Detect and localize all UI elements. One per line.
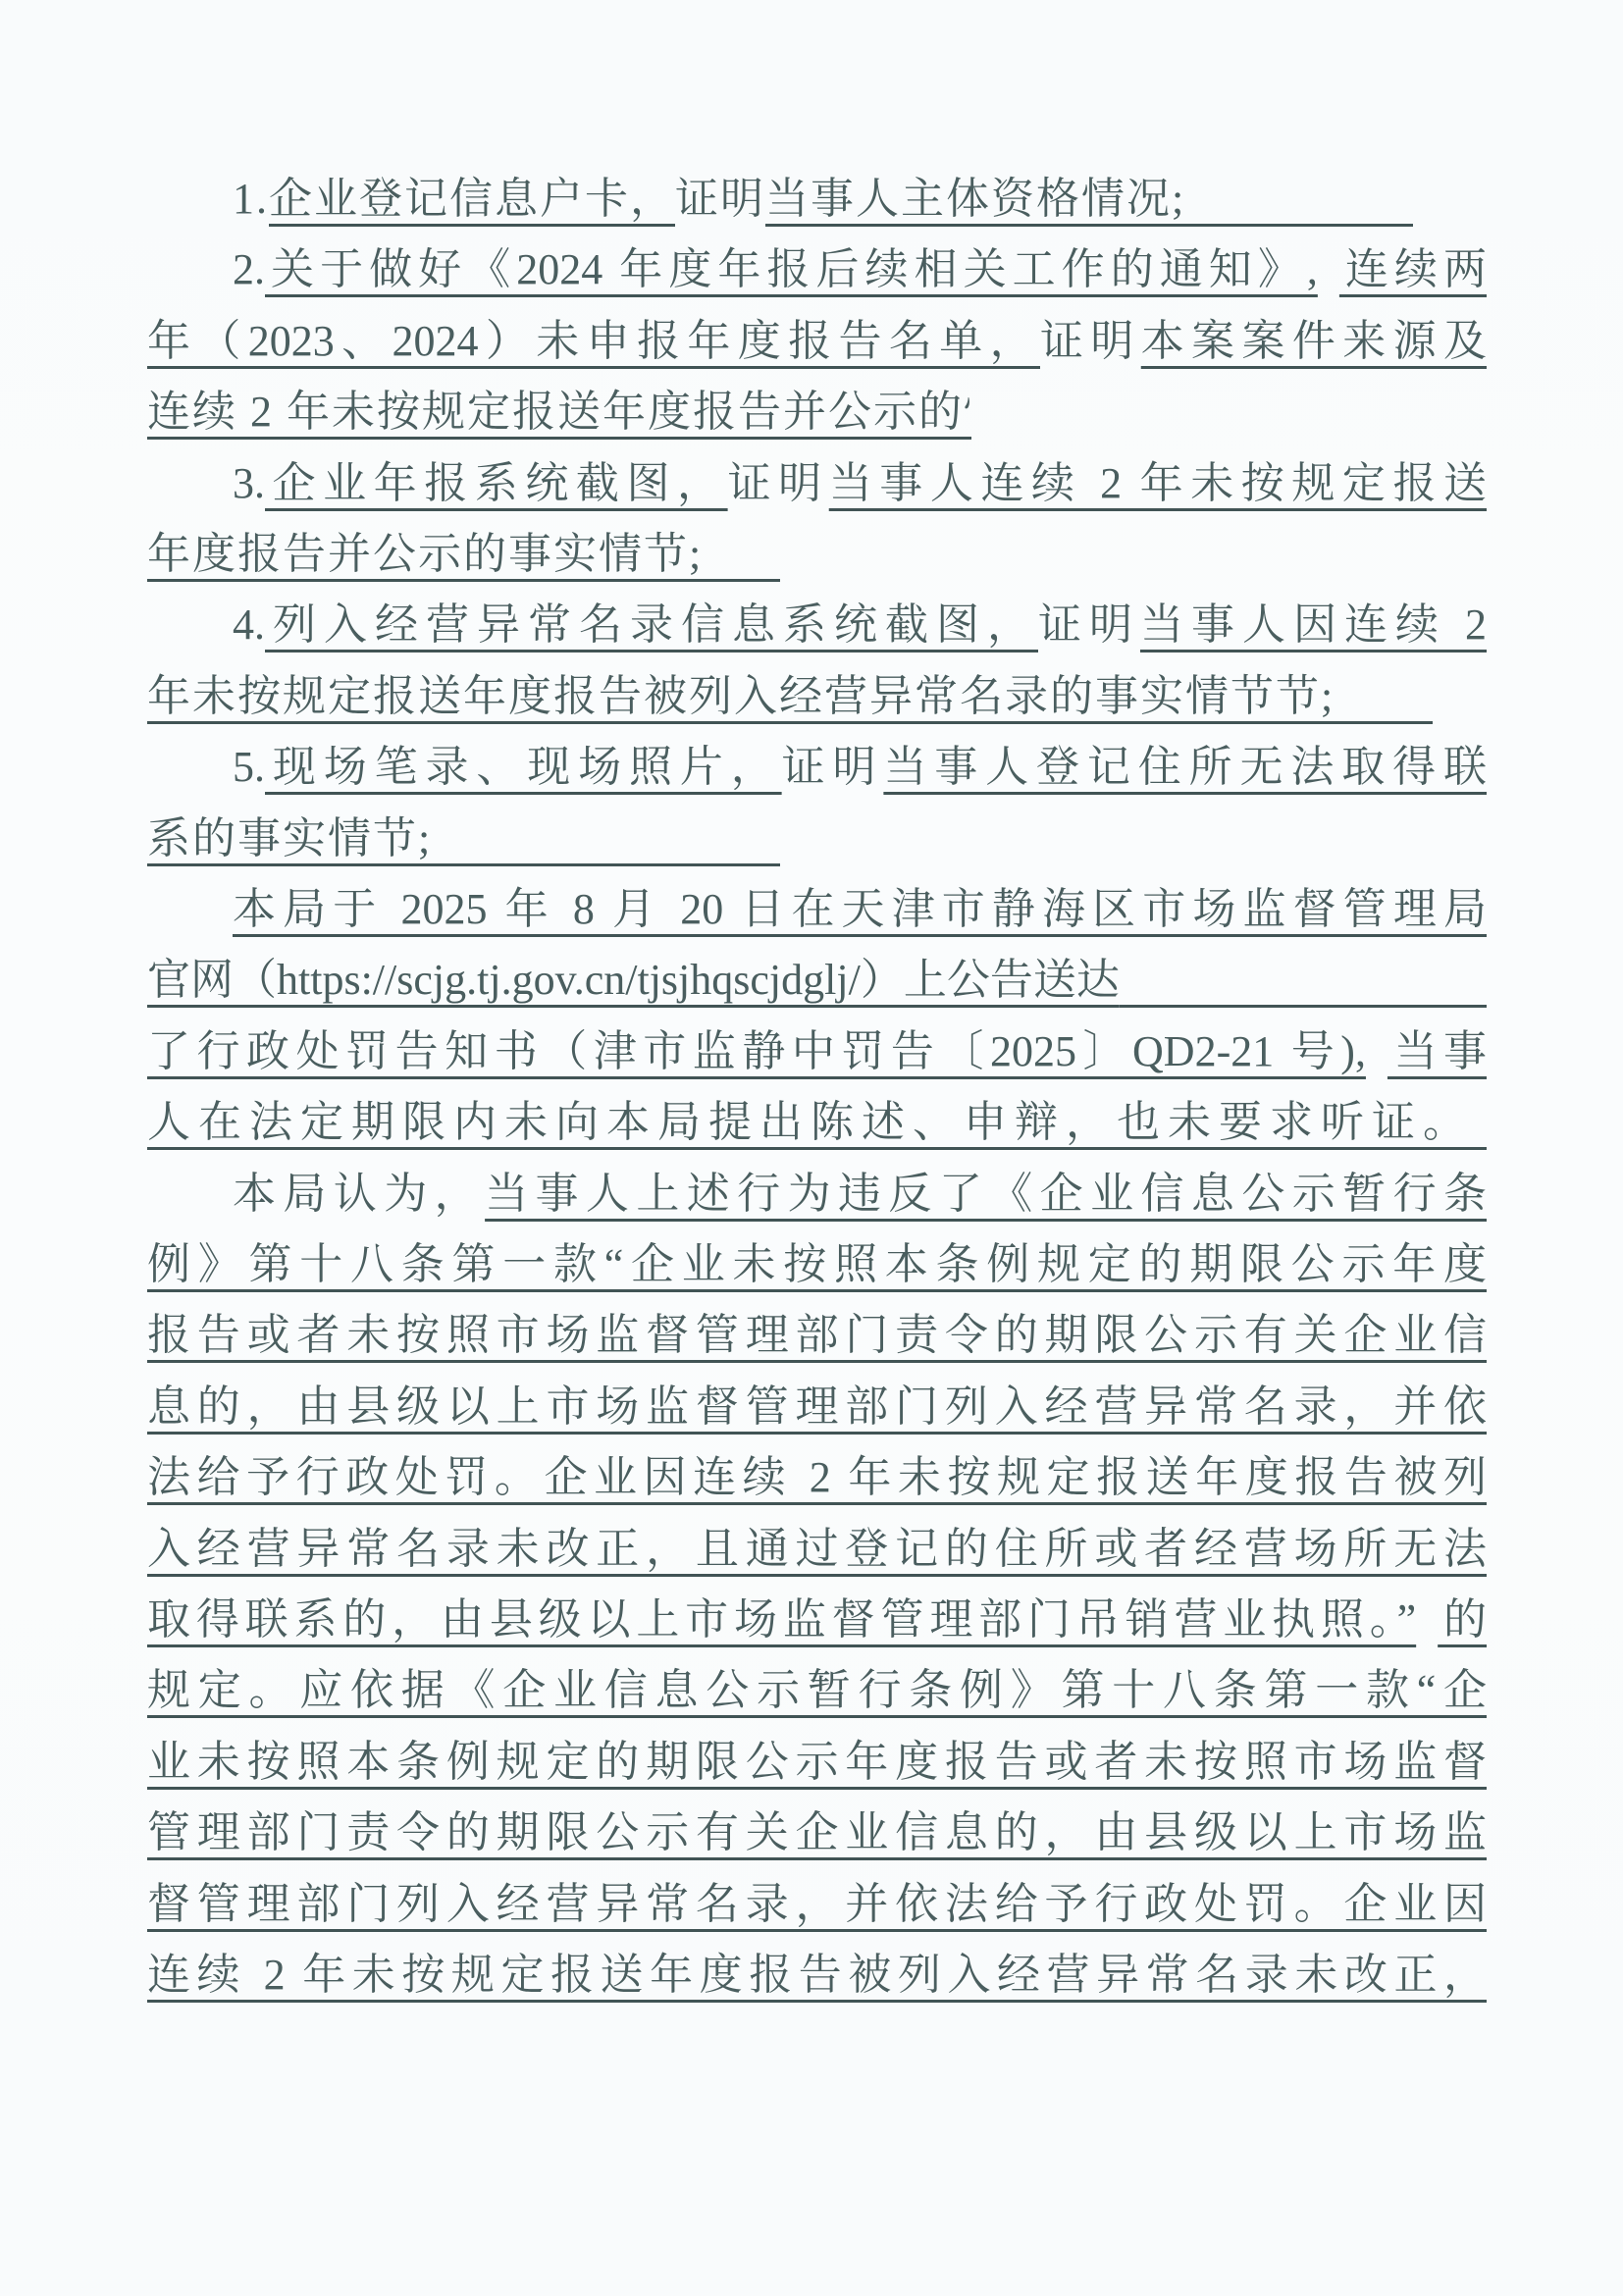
text-segment: 了行政处罚告知书（津市监静中罚告〔2025〕QD2-21 号),	[147, 1027, 1366, 1075]
line-text: 官网（https://scjg.tj.gov.cn/tjsjhqscjdglj/…	[147, 955, 1120, 1006]
text-line: 年（2023、2024）未申报年度报告名单，证明本案案件来源及	[147, 316, 1487, 373]
text-segment: 企业登记信息户卡，	[269, 175, 675, 223]
text-segment: 管理部门责令的期限公示有关企业信息的，由县级以上市场监	[147, 1808, 1487, 1856]
line-text: 系的事实情节;	[147, 813, 432, 864]
text-segment: 系的事实情节;	[147, 814, 432, 862]
text-segment: 证明	[782, 743, 884, 791]
text-line: 官网（https://scjg.tj.gov.cn/tjsjhqscjdglj/…	[147, 955, 1487, 1012]
text-segment: 年（2023、2024）未申报年度报告名单，	[147, 317, 1040, 365]
text-segment: 当事人因连续 2	[1140, 600, 1487, 649]
blank-underline	[432, 863, 780, 866]
text-line: 年度报告并公示的事实情节;	[147, 529, 780, 586]
text-line: 取得联系的，由县级以上市场监督管理部门吊销营业执照。”的	[147, 1594, 1487, 1651]
text-segment: 官网（https://scjg.tj.gov.cn/tjsjhqscjdglj/…	[147, 956, 1120, 1004]
text-segment: 规定。应依据《企业信息公示暂行条例》第十八条第一款“企	[147, 1666, 1487, 1714]
text-line: 年未按规定报送年度报告被列入经营异常名录的事实情节节;	[147, 671, 1433, 728]
text-segment: 当事人登记住所无法取得联	[883, 743, 1487, 791]
text-line: 人在法定期限内未向本局提出陈述、申辩，也未要求听证。	[147, 1097, 1487, 1154]
text-line: 息的，由县级以上市场监督管理部门列入经营异常名录，并依	[147, 1382, 1487, 1438]
text-segment: 本局于 2025 年 8 月 20 日在天津市静海区市场监督管理局	[233, 885, 1487, 933]
blank-underline	[1335, 721, 1433, 724]
text-segment: 企业年报系统截图，	[265, 459, 728, 507]
text-line: 本局于 2025 年 8 月 20 日在天津市静海区市场监督管理局	[233, 884, 1487, 941]
text-line: 4.列入经营异常名录信息系统截图，证明当事人因连续 2	[233, 600, 1487, 656]
text-segment: 报告或者未按照市场监督管理部门责令的期限公示有关企业信	[147, 1311, 1487, 1359]
text-line: 5.现场笔录、现场照片，证明当事人登记住所无法取得联	[233, 742, 1487, 799]
text-segment: 证明	[728, 459, 829, 507]
text-segment: 息的，由县级以上市场监督管理部门列入经营异常名录，并依	[147, 1383, 1487, 1431]
blank-underline	[1474, 1147, 1487, 1150]
text-line: 管理部门责令的期限公示有关企业信息的，由县级以上市场监	[147, 1807, 1487, 1864]
text-segment: 连续 2 年未按规定报送年度报告并公示的情况;	[147, 388, 971, 436]
text-line: 督管理部门列入经营异常名录，并依法给予行政处罚。企业因	[147, 1879, 1487, 1936]
blank-underline	[1185, 224, 1413, 227]
text-line: 入经营异常名录未改正，且通过登记的住所或者经营场所无法	[147, 1524, 1487, 1581]
text-segment: 督管理部门列入经营异常名录，并依法给予行政处罚。企业因	[147, 1880, 1487, 1928]
text-line: 规定。应依据《企业信息公示暂行条例》第十八条第一款“企	[147, 1665, 1487, 1722]
text-line: 例》第十八条第一款“企业未按照本条例规定的期限公示年度	[147, 1239, 1487, 1296]
text-line: 法给予行政处罚。企业因连续 2 年未按规定报送年度报告被列	[147, 1452, 1487, 1509]
text-segment: 3.	[233, 459, 265, 507]
text-line: 了行政处罚告知书（津市监静中罚告〔2025〕QD2-21 号),当事	[147, 1026, 1487, 1083]
text-segment: 年未按规定报送年度报告被列入经营异常名录的事实情节节;	[147, 672, 1335, 720]
text-segment: 人在法定期限内未向本局提出陈述、申辩，也未要求听证。	[147, 1098, 1474, 1146]
text-segment: 入经营异常名录未改正，且通过登记的住所或者经营场所无法	[147, 1525, 1487, 1573]
text-segment: 证明	[675, 175, 765, 223]
text-line: 连续 2 年未按规定报送年度报告被列入经营异常名录未改正，	[147, 1950, 1487, 2007]
text-segment: 取得联系的，由县级以上市场监督管理部门吊销营业执照。”	[147, 1595, 1416, 1644]
text-segment: 5.	[233, 743, 265, 791]
line-text: 年未按规定报送年度报告被列入经营异常名录的事实情节节;	[147, 671, 1335, 722]
text-line: 1.企业登记信息户卡，证明当事人主体资格情况;	[233, 174, 1413, 231]
text-segment: 当事	[1387, 1027, 1487, 1075]
text-segment: 当事人主体资格情况;	[765, 175, 1185, 223]
blank-underline	[1120, 1005, 1487, 1008]
text-segment: 当事人连续 2 年未按规定报送	[829, 459, 1487, 507]
text-segment: 年度报告并公示的事实情节;	[147, 530, 703, 578]
line-text: 1.企业登记信息户卡，证明当事人主体资格情况;	[233, 174, 1185, 225]
text-segment: 证明	[1040, 317, 1141, 365]
text-line: 2.关于做好《2024 年度年报后续相关工作的通知》,连续两	[233, 244, 1487, 301]
text-segment: 的	[1438, 1595, 1487, 1644]
text-segment: 例》第十八条第一款“企业未按照本条例规定的期限公示年度	[147, 1240, 1487, 1288]
text-line: 连续 2 年未按规定报送年度报告并公示的情况;	[147, 387, 971, 444]
text-segment: 现场笔录、现场照片，	[265, 743, 782, 791]
text-segment: 连续 2 年未按规定报送年度报告被列入经营异常名录未改正，	[147, 1951, 1487, 1999]
line-text: 人在法定期限内未向本局提出陈述、申辩，也未要求听证。	[147, 1097, 1474, 1148]
text-segment: 2.	[233, 245, 265, 293]
text-line: 本局认为，当事人上述行为违反了《企业信息公示暂行条	[233, 1169, 1487, 1226]
text-segment: 业未按照本条例规定的期限公示年度报告或者未按照市场监督	[147, 1738, 1487, 1786]
blank-underline	[703, 579, 780, 582]
text-segment: 连续两	[1339, 245, 1487, 293]
text-segment: 证明	[1038, 600, 1140, 649]
text-segment: 关于做好《2024 年度年报后续相关工作的通知》,	[265, 245, 1318, 293]
text-segment: 法给予行政处罚。企业因连续 2 年未按规定报送年度报告被列	[147, 1453, 1487, 1501]
text-line: 3.企业年报系统截图，证明当事人连续 2 年未按规定报送	[233, 458, 1487, 515]
text-segment: 当事人上述行为违反了《企业信息公示暂行条	[485, 1170, 1487, 1218]
text-segment: 1.	[233, 175, 269, 223]
text-segment: 列入经营异常名录信息系统截图，	[265, 600, 1038, 649]
text-segment: 本案案件来源及	[1141, 317, 1487, 365]
line-text: 连续 2 年未按规定报送年度报告并公示的情况;	[147, 387, 971, 438]
line-text: 年度报告并公示的事实情节;	[147, 529, 703, 580]
text-line: 报告或者未按照市场监督管理部门责令的期限公示有关企业信	[147, 1310, 1487, 1367]
scanned-document-page: 1.企业登记信息户卡，证明当事人主体资格情况;2.关于做好《2024 年度年报后…	[0, 0, 1623, 2296]
text-line: 业未按照本条例规定的期限公示年度报告或者未按照市场监督	[147, 1737, 1487, 1794]
text-segment: 本局认为，	[233, 1170, 485, 1218]
text-segment: 4.	[233, 600, 265, 649]
text-line: 系的事实情节;	[147, 813, 780, 870]
